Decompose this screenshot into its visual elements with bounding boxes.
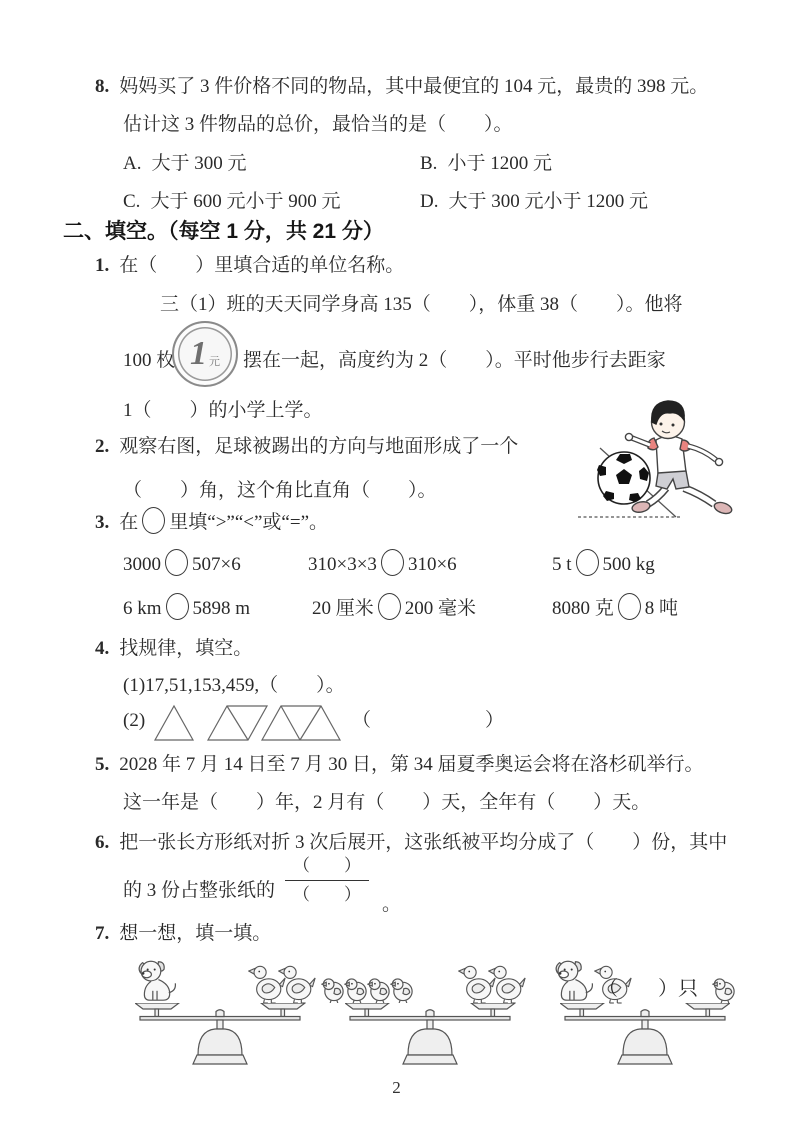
question-8-line-2: 估计这 3 件物品的总价，最恰当的是（ ）。 — [123, 112, 513, 138]
fraction-numerator: （ ） — [285, 855, 369, 881]
question-4-item-1: (1)17,51,153,459,（ ）。 — [123, 673, 345, 699]
comparison-6: 8080 克8 吨 — [552, 593, 678, 622]
fraction-denominator: （ ） — [285, 881, 369, 906]
question-5-line-1: 5.2028 年 7 月 14 日至 7 月 30 日，第 34 届夏季奥运会将… — [95, 752, 704, 778]
question-6-line-1: 6.把一张长方形纸对折 3 次后展开，这张纸被平均分成了（ ）份，其中 — [95, 830, 727, 856]
option-b: B.小于 1200 元 — [420, 151, 552, 177]
question-8-line-1: 8.妈妈买了 3 件价格不同的物品，其中最便宜的 104 元，最贵的 398 元… — [95, 74, 708, 100]
comparison-3: 5 t500 kg — [552, 549, 655, 578]
blank-circle-icon — [165, 549, 188, 576]
blank-circle-icon — [618, 593, 641, 620]
chick-icon — [368, 979, 389, 1003]
option-c: C.大于 600 元小于 900 元 — [123, 189, 340, 215]
chick-icon — [391, 979, 412, 1003]
blank-circle-icon — [576, 549, 599, 576]
blank-circle-icon — [381, 549, 404, 576]
scale-2 — [322, 966, 525, 1064]
coin-value: 1 — [190, 337, 207, 371]
duck-icon — [279, 966, 315, 1003]
balance-scale-icon — [345, 1003, 515, 1064]
triangle-pattern — [150, 698, 345, 744]
comparison-4: 6 km5898 m — [123, 593, 250, 622]
question-2-line-1: 2.观察右图，足球被踢出的方向与地面形成了一个 — [95, 434, 518, 460]
one-yuan-coin-icon: 1元 — [172, 321, 238, 387]
blank-circle-icon — [166, 593, 189, 620]
parallelogram-icon — [208, 706, 267, 740]
trapezoid-icon — [262, 706, 340, 740]
question-6-line-2: 的 3 份占整张纸的 — [123, 878, 275, 904]
chick-icon — [713, 979, 734, 1003]
comparison-2: 310×3×3310×6 — [308, 549, 457, 578]
balance-scale-icon — [560, 1003, 730, 1064]
dog-icon — [139, 961, 175, 1000]
blank-circle-icon — [378, 593, 401, 620]
scale-3: （ ）只 — [556, 961, 734, 1064]
soccer-scene-illustration — [576, 386, 751, 534]
fraction-blank: （ ） （ ） — [285, 855, 369, 906]
question-4-line-1: 4.找规律，填空。 — [95, 636, 252, 662]
question-8-number: 8. — [95, 76, 109, 97]
comparison-1: 3000507×6 — [123, 549, 241, 578]
coin-unit: 元 — [209, 353, 220, 369]
chick-icon — [345, 979, 366, 1003]
balance-scale-icon — [135, 1003, 305, 1064]
blank-circle-icon — [142, 507, 165, 534]
duck-icon — [489, 966, 525, 1003]
worksheet-page: 8.妈妈买了 3 件价格不同的物品，其中最便宜的 104 元，最贵的 398 元… — [0, 0, 793, 1122]
scale-1 — [135, 961, 315, 1064]
question-1-line-1: 1.在（ ）里填合适的单位名称。 — [95, 253, 404, 279]
option-a: A.大于 300 元 — [123, 151, 247, 177]
chick-icon — [322, 979, 343, 1003]
question-5-line-2: 这一年是（ ）年，2 月有（ ）天，全年有（ ）天。 — [123, 790, 650, 816]
question-1-line-3-pre: 100 枚 — [123, 348, 175, 374]
balance-scales-illustration: （ ）只 — [100, 945, 790, 1073]
question-1-line-4: 1（ ）的小学上学。 — [123, 398, 323, 424]
question-1-line-2: 三（1）班的天天同学身高 135（ ），体重 38（ ）。他将 — [160, 292, 683, 318]
question-4-item-2-blank: （ ） — [352, 708, 504, 734]
page-number: 2 — [0, 1078, 793, 1098]
question-1-line-3-post: 摆在一起，高度约为 2（ ）。平时他步行去距家 — [243, 348, 666, 374]
question-6-period: 。 — [382, 892, 401, 918]
triangle-icon — [155, 706, 193, 740]
option-d: D.大于 300 元小于 1200 元 — [420, 189, 648, 215]
question-3-line-1: 3.在里填“>”“<”或“=”。 — [95, 507, 328, 536]
comparison-5: 20 厘米200 毫米 — [312, 593, 476, 622]
question-2-line-2: （ ）角，这个角比直角（ ）。 — [123, 478, 437, 504]
question-4-item-2-label: (2) — [123, 708, 145, 734]
question-7-line-1: 7.想一想，填一填。 — [95, 921, 271, 947]
scale-3-blank-label: （ ）只 — [598, 978, 698, 1000]
soccer-ball-icon — [597, 452, 650, 504]
dog-icon — [556, 961, 592, 1000]
question-8-text: 妈妈买了 3 件价格不同的物品，其中最便宜的 104 元，最贵的 398 元。 — [119, 76, 708, 97]
section-2-header: 二、填空。（每空 1 分，共 21 分） — [63, 215, 384, 245]
